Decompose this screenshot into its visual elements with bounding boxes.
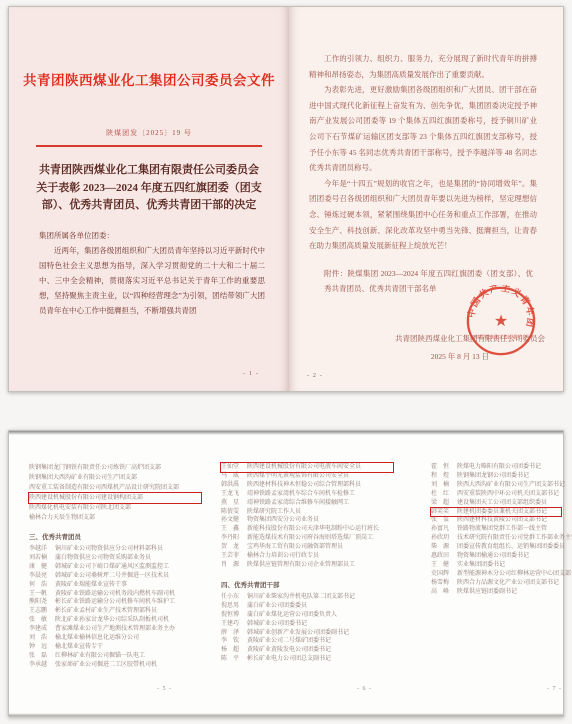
person-org: 西安重装陕西中环公司机关团支部书记	[457, 490, 561, 499]
red-header-title: 共青团陕西煤业化工集团公司委员会文件	[19, 73, 279, 88]
person-org: 物资集团榆通公司团委书记	[457, 552, 561, 561]
person-name: 任小东	[221, 593, 247, 602]
doc-title-line: 共青团陕西煤业化工集团有限责任公司委员会	[29, 162, 269, 180]
person-org: 陕西建材科技黄陵公司团支部书记	[457, 516, 561, 525]
list-item: 钟 远 榆北煤业宣传专干	[29, 643, 201, 652]
person-org: 彬长矿业铁路运输分公司机修车间机车维护工	[55, 598, 201, 607]
person-name: 李 钦	[221, 637, 247, 646]
list-column-1: 陕钢集团龙门钢铁有限责任公司炼铁厂高炉团支部陕钢集团大西沟矿业有限公司生产团支部…	[29, 463, 201, 670]
person-org: 铜川矿业公司物资供应分公司材料部科员	[55, 545, 201, 554]
person-name: 王建巧	[221, 620, 247, 629]
doc-body-page2: 工作的引领力、组织力、服务力，充分展现了新时代青年的拼搏精神和昂扬姿态，为集团高…	[309, 51, 537, 254]
person-name: 王龙飞	[221, 490, 247, 499]
person-name: 李晨亮	[29, 572, 55, 581]
list-item: 梁 超 建设集团天工公司团支部组织委员	[431, 499, 561, 508]
person-org: 陕西合力品源文化产业公司团支部书记	[457, 579, 561, 588]
person-name: 韩洪禹	[221, 481, 247, 490]
person-org: 韩城矿业公司团委书记	[247, 620, 393, 629]
doc-page-2: 工作的引领力、组织力、服务力，充分展现了新时代青年的拼搏精神和昂扬姿态，为集团高…	[289, 7, 563, 391]
page-number-5: - 5 -	[157, 686, 172, 692]
person-org: 蒲白矿业公司团委委员	[247, 602, 393, 611]
person-name: 肖 源	[221, 561, 247, 570]
person-org: 蒲白物资供应公司物资采购部业务员	[55, 554, 201, 563]
list-item: 杜 红 西安重装陕西中环公司机关团支部书记	[431, 490, 561, 499]
person-org: 曹家滩煤业公司生产地测技术管理部业务主办	[55, 625, 201, 634]
person-name: 杜 红	[431, 490, 457, 499]
person-name: 韩笑笑	[431, 508, 457, 517]
person-org: 彬长矿业电力公司团总支副书记	[247, 655, 393, 664]
list-item: 刘 楠 陕西大西沟矿业有限公司生产团支部书记	[431, 481, 561, 490]
list-item: 王一帆 黄陵矿业铁路运输公司机务段内燃机车副司机	[29, 590, 201, 599]
person-org: 蒲白矿业煤化运营公司团委负责人	[247, 611, 393, 620]
person-org: 陕西煤宇明光景观装饰有限公司安全员	[247, 472, 393, 481]
list-item: 刘若楠 蒲白物资供应公司物资采购部业务员	[29, 554, 201, 563]
person-name: 惠政田	[431, 552, 457, 561]
person-name: 刘若楠	[29, 554, 55, 563]
person-name: 孙富凡	[431, 525, 457, 534]
list-item: 熊阳尧 彬长矿业铁路运输分公司机修车间机车维护工	[29, 598, 201, 607]
person-org: 靖神铁路孟家湾综合维修车间接触网工	[247, 499, 393, 508]
list-item: 李建成 曹家滩煤业公司生产地测技术管理部业务主办	[29, 625, 201, 634]
person-org: 陕西建设机械股份有限公司电液车间安全员	[247, 463, 393, 472]
member-list: 李越洋 铜川矿业公司物资供应分公司材料部科员 刘若楠 蒲白物资供应公司物资采购部…	[29, 545, 201, 670]
list-item: 肖 源 陕煤供应链管理有限公司企业管理部员工	[221, 561, 393, 570]
branch-list: 陕钢集团龙门钢铁有限责任公司炼铁厂高炉团支部陕钢集团大西沟矿业有限公司生产团支部…	[29, 463, 201, 523]
person-org: 陕钢集团龙钢公司团委书记	[457, 472, 561, 481]
list-item: 霍 恒 陕煤电力略阳有限公司团委书记	[431, 463, 561, 472]
doc-body-page1: 集团所属各单位团委： 近两年，集团各级团组织和广大团员青年坚持以习近平新时代中国…	[39, 228, 265, 318]
person-org: 新能科技股份有限公司天津华电制粉中心运行班长	[247, 525, 393, 534]
page-number-6: - 6 -	[357, 686, 372, 692]
list-item: 李承越 张家峁矿业公司掘进二工区胶带机司机	[29, 661, 201, 670]
person-name: 燕 星	[221, 499, 247, 508]
person-org: 陕煤供应链管理有限公司企业管理部员工	[247, 561, 393, 570]
list-item: 孙文健 物资集团西安分公司业务员	[221, 516, 393, 525]
list-item: 孙欣玥 技术研究院有限责任公司党群工作部业务主管	[431, 534, 561, 543]
person-name: 孙欣玥	[431, 534, 457, 543]
person-name: 薛 泽	[221, 629, 247, 638]
person-name: 柴 源	[431, 543, 457, 552]
list-item: 王建巧 韩城矿业公司团委书记	[221, 620, 393, 629]
person-org: 榆林合力培训公司行政专员	[247, 552, 393, 561]
list-item: 倪恒博 蒲白矿业煤化运营公司团委负责人	[221, 611, 393, 620]
person-org: 红柳林矿业有限公司掘锚一队电工	[55, 652, 201, 661]
body-paragraph: 今年是“十四五”规划的收官之年，也是集团的“协同增效年”。集团团委号召各级团组织…	[309, 176, 537, 254]
branch-item: 陕钢集团龙门钢铁有限责任公司炼铁厂高炉团支部	[29, 463, 201, 473]
person-org: 陕煤电力略阳有限公司团委书记	[457, 463, 561, 472]
list-item: 陈 平 彬长矿业电力公司团总支副书记	[221, 655, 393, 664]
person-name: 倪思男	[221, 602, 247, 611]
red-divider-rule	[36, 145, 262, 147]
person-name: 王 鑫	[221, 525, 247, 534]
person-name: 陈 平	[221, 655, 247, 664]
person-org: 陕北矿业孙家岔龙华公司综采队刮板机司机	[55, 616, 201, 625]
list-item: 何 浩 黄陵矿业瑞能煤业宣传干事	[29, 581, 201, 590]
body-paragraph: 为表彰先进，更好激励集团各级团组织和广大团员、团干部在奋进中国式现代化新征程上奋…	[309, 82, 537, 176]
doc-title-line: 关于表彰 2023—2024 年度五四红旗团委（团支	[29, 180, 269, 198]
list-item: 李丹阳 新能选煤技术有限公司府谷海则塔选煤厂顶岗工	[221, 534, 393, 543]
cadre-list: 任小东 铜川矿业柴家沟井机电队第二团支部书记 倪思男 蒲白矿业公司团委委员 倪恒…	[221, 593, 393, 664]
person-name: 杨雪梅	[431, 579, 457, 588]
person-org: 黄陵矿业黄陵发电公司团委书记	[247, 646, 393, 655]
body-paragraph: 工作的引领力、组织力、服务力，充分展现了新时代青年的拼搏精神和昂扬姿态，为集团高…	[309, 51, 537, 82]
branch-item: 榆林合力天辰生物团支部	[29, 513, 201, 523]
person-org: 铜川矿业柴家沟井机电队第二团支部书记	[247, 593, 393, 602]
person-org: 黄陵矿业公司二号煤矿团委书记	[247, 637, 393, 646]
person-name: 李丹阳	[221, 534, 247, 543]
list-item: 任小东 铜川矿业柴家沟井机电队第二团支部书记	[221, 593, 393, 602]
person-name: 张 敏	[29, 616, 55, 625]
person-org: 新能选煤技术有限公司府谷海则塔选煤厂顶岗工	[247, 534, 393, 543]
official-seal-stamp: 中国共产主义青年团 ★ 陕西煤业化工集团委员会	[465, 285, 537, 357]
person-name: 马 威	[221, 472, 247, 481]
scan-image-name-lists[interactable]: 陕钢集团龙门钢铁有限责任公司炼铁厂高炉团支部陕钢集团大西沟矿业有限公司生产团支部…	[8, 430, 564, 717]
list-item: 孙富凡 铁路物流集团党群工作部一线主管	[431, 525, 561, 534]
list-item: 史国辉 新型能源神木分公司红柳林运营中心团支部书记	[431, 570, 561, 579]
person-org: 实业集团团委书记	[457, 561, 561, 570]
person-org: 榆北煤业宣传专干	[55, 643, 201, 652]
list-item: 贺 龙 宝鸡华海工贸有限公司融资部管理员	[221, 543, 393, 552]
list-item: 张 敏 陕北矿业孙家岔龙华公司综采队刮板机司机	[29, 616, 201, 625]
body-paragraph: 近两年，集团各级团组织和广大团员青年坚持以习近平新时代中国特色社会主义思想为指导…	[39, 243, 265, 318]
person-name: 王一帆	[29, 590, 55, 599]
person-org: 张家峁矿业公司掘进二工区胶带机司机	[55, 661, 201, 670]
signature-org: 共青团陕西煤业化工集团有限责任公司委员会	[395, 333, 545, 344]
list-item: 高 峰 陕煤供应链团委副书记	[431, 588, 561, 597]
doc-page-1: 共青团陕西煤业化工集团公司委员会文件 陕煤团发〔2025〕19 号 共青团陕西煤…	[9, 7, 289, 391]
section-heading-members: 三、优秀共青团员	[29, 532, 201, 541]
person-org: 黄陵矿业铁路运输公司机务段内燃机车副司机	[55, 590, 201, 599]
person-name: 刘 浩	[29, 634, 55, 643]
signature-date: 2025 年 8 月 13 日	[431, 351, 489, 362]
list-item: 王芸菲 榆林合力培训公司行政专员	[221, 552, 393, 561]
member-list-continued: 王仙堂 陕西建设机械股份有限公司电液车间安全员 马 威 陕西煤宇明光景观装饰有限…	[221, 463, 393, 570]
person-name: 史国辉	[431, 570, 457, 579]
list-item: 王 健 实业集团团委书记	[431, 561, 561, 570]
person-org: 陕煤供应链团委副书记	[457, 588, 561, 597]
person-name: 程 煜	[431, 472, 457, 481]
person-name: 梁 超	[431, 499, 457, 508]
cadre-list-continued: 霍 恒 陕煤电力略阳有限公司团委书记 程 煜 陕钢集团龙钢公司团委书记 刘 楠 …	[431, 463, 561, 597]
list-item: 柴 源 团委宣传教育组组长、运销集团团委委员	[431, 543, 561, 552]
list-item: 马 威 陕西煤宇明光景观装饰有限公司安全员	[221, 472, 393, 481]
list-item: 杨雪梅 陕西合力品源文化产业公司团支部书记	[431, 579, 561, 588]
person-org: 陕建机团委委员兼机关团支部书记	[457, 508, 561, 517]
list-item: 韩洪禹 陕西建材科技神木恒稳公司综合管理部科员	[221, 481, 393, 490]
list-item: 薛 泽 韩城矿业创新产业发展公司团委副书记	[221, 629, 393, 638]
person-org: 榆北煤业榆林信息化运维分公司	[55, 634, 201, 643]
section-heading-cadres: 四、优秀共青团干部	[221, 580, 393, 589]
person-name: 张 玺	[431, 516, 457, 525]
branch-item: 陕西煤化机电安装有限公司陕北团支部	[29, 503, 201, 513]
list-item: 刘 浩 榆北煤业榆林信息化运维分公司	[29, 634, 201, 643]
person-name: 王志鹏	[29, 607, 55, 616]
person-name: 何 浩	[29, 581, 55, 590]
person-name: 熊阳尧	[29, 598, 55, 607]
list-item: 燕 星 靖神铁路孟家湾综合维修车间接触网工	[221, 499, 393, 508]
list-item: 王仙堂 陕西建设机械股份有限公司电液车间安全员	[221, 463, 393, 472]
person-name: 高 峰	[431, 588, 457, 597]
person-org: 物资集团西安分公司业务员	[247, 516, 393, 525]
person-name: 倪恒博	[221, 611, 247, 620]
list-item: 王志鹏 彬长矿业孟村矿业生产技术管理部科员	[29, 607, 201, 616]
page-number-1: - 1 -	[243, 370, 259, 377]
person-org: 铁路物流集团党群工作部一线主管	[457, 525, 561, 534]
person-org: 韩城矿业公司下峪口煤矿通风区监测监控工	[55, 563, 201, 572]
person-org: 陕西建材科技神木恒稳公司综合管理部科员	[247, 481, 393, 490]
person-name: 钟 远	[29, 643, 55, 652]
list-item: 倪思男 蒲白矿业公司团委委员	[221, 602, 393, 611]
person-org: 靖神铁路孟家湾机车综合车间机车检修工	[247, 490, 393, 499]
branch-item: 陕钢集团大西沟矿业有限公司生产团支部	[29, 473, 201, 483]
list-item: 张 磊 红柳林矿业有限公司掘锚一队电工	[29, 652, 201, 661]
salutation: 集团所属各单位团委：	[39, 228, 265, 243]
list-item: 杨 超 黄陵矿业黄陵发电公司团委书记	[221, 646, 393, 655]
person-org: 宝鸡华海工贸有限公司融资部管理员	[247, 543, 393, 552]
person-name: 贺 龙	[221, 543, 247, 552]
list-item: 王龙飞 靖神铁路孟家湾机车综合车间机车检修工	[221, 490, 393, 499]
scan-image-document-spread[interactable]: 共青团陕西煤业化工集团公司委员会文件 陕煤团发〔2025〕19 号 共青团陕西煤…	[8, 6, 564, 392]
person-org: 陕西大西沟矿业有限公司生产团支部书记	[457, 481, 565, 490]
list-column-3: 霍 恒 陕煤电力略阳有限公司团委书记 程 煜 陕钢集团龙钢公司团委书记 刘 楠 …	[431, 463, 561, 597]
person-org: 韩城矿业创新产业发展公司团委副书记	[247, 629, 393, 638]
list-item: 韩笑笑 陕建机团委委员兼机关团支部书记	[431, 508, 561, 517]
list-column-2: 王仙堂 陕西建设机械股份有限公司电液车间安全员 马 威 陕西煤宇明光景观装饰有限…	[221, 463, 393, 664]
doc-title: 共青团陕西煤业化工集团有限责任公司委员会关于表彰 2023—2024 年度五四红…	[29, 162, 269, 215]
person-name: 李承越	[29, 661, 55, 670]
branch-item: 西安重工装备制造有限公司西煤机产品设计研究院团支部	[29, 483, 201, 493]
person-org: 团委宣传教育组组长、运销集团团委委员	[457, 543, 565, 552]
person-name: 王芸菲	[221, 552, 247, 561]
person-org: 技术研究院有限责任公司党群工作部业务主管	[457, 534, 572, 543]
person-org: 韩城矿业公司桑树坪二号井掘进一区技术员	[55, 572, 201, 581]
doc-number: 陕煤团发〔2025〕19 号	[9, 128, 289, 138]
list-item: 李晨亮 韩城矿业公司桑树坪二号井掘进一区技术员	[29, 572, 201, 581]
person-name: 李越洋	[29, 545, 55, 554]
person-org: 黄陵矿业瑞能煤业宣传干事	[55, 581, 201, 590]
list-item: 王 鑫 新能科技股份有限公司天津华电制粉中心运行班长	[221, 525, 393, 534]
person-org: 新型能源神木分公司红柳林运营中心团支部书记	[457, 570, 572, 579]
list-item: 陈倩雯 陕煤研究院工作人员	[221, 508, 393, 517]
person-name: 霍 恒	[431, 463, 457, 472]
person-name: 李建成	[29, 625, 55, 634]
person-name: 杨 超	[221, 646, 247, 655]
person-name: 刘 楠	[431, 481, 457, 490]
page-number-7: - 7 -	[547, 686, 562, 692]
person-org: 建设集团天工公司团支部组织委员	[457, 499, 561, 508]
list-item: 惠政田 物资集团榆通公司团委书记	[431, 552, 561, 561]
person-org: 彬长矿业孟村矿业生产技术管理部科员	[55, 607, 201, 616]
page-number-2: - 2 -	[307, 372, 323, 379]
person-name: 王仙堂	[221, 463, 247, 472]
person-name: 王 健	[431, 561, 457, 570]
list-item: 张 玺 陕西建材科技黄陵公司团支部书记	[431, 516, 561, 525]
list-item: 程 煜 陕钢集团龙钢公司团委书记	[431, 472, 561, 481]
list-item: 康 健 韩城矿业公司下峪口煤矿通风区监测监控工	[29, 563, 201, 572]
branch-item: 陕西建设机械股份有限公司建设钢构团支部	[29, 493, 201, 503]
seal-star-icon: ★	[494, 313, 508, 330]
person-name: 康 健	[29, 563, 55, 572]
list-item: 李越洋 铜川矿业公司物资供应分公司材料部科员	[29, 545, 201, 554]
doc-title-line: 部）、优秀共青团员、优秀共青团干部的决定	[29, 197, 269, 215]
person-name: 张 磊	[29, 652, 55, 661]
person-name: 陈倩雯	[221, 508, 247, 517]
person-name: 孙文健	[221, 516, 247, 525]
person-org: 陕煤研究院工作人员	[247, 508, 393, 517]
list-item: 李 钦 黄陵矿业公司二号煤矿团委书记	[221, 637, 393, 646]
